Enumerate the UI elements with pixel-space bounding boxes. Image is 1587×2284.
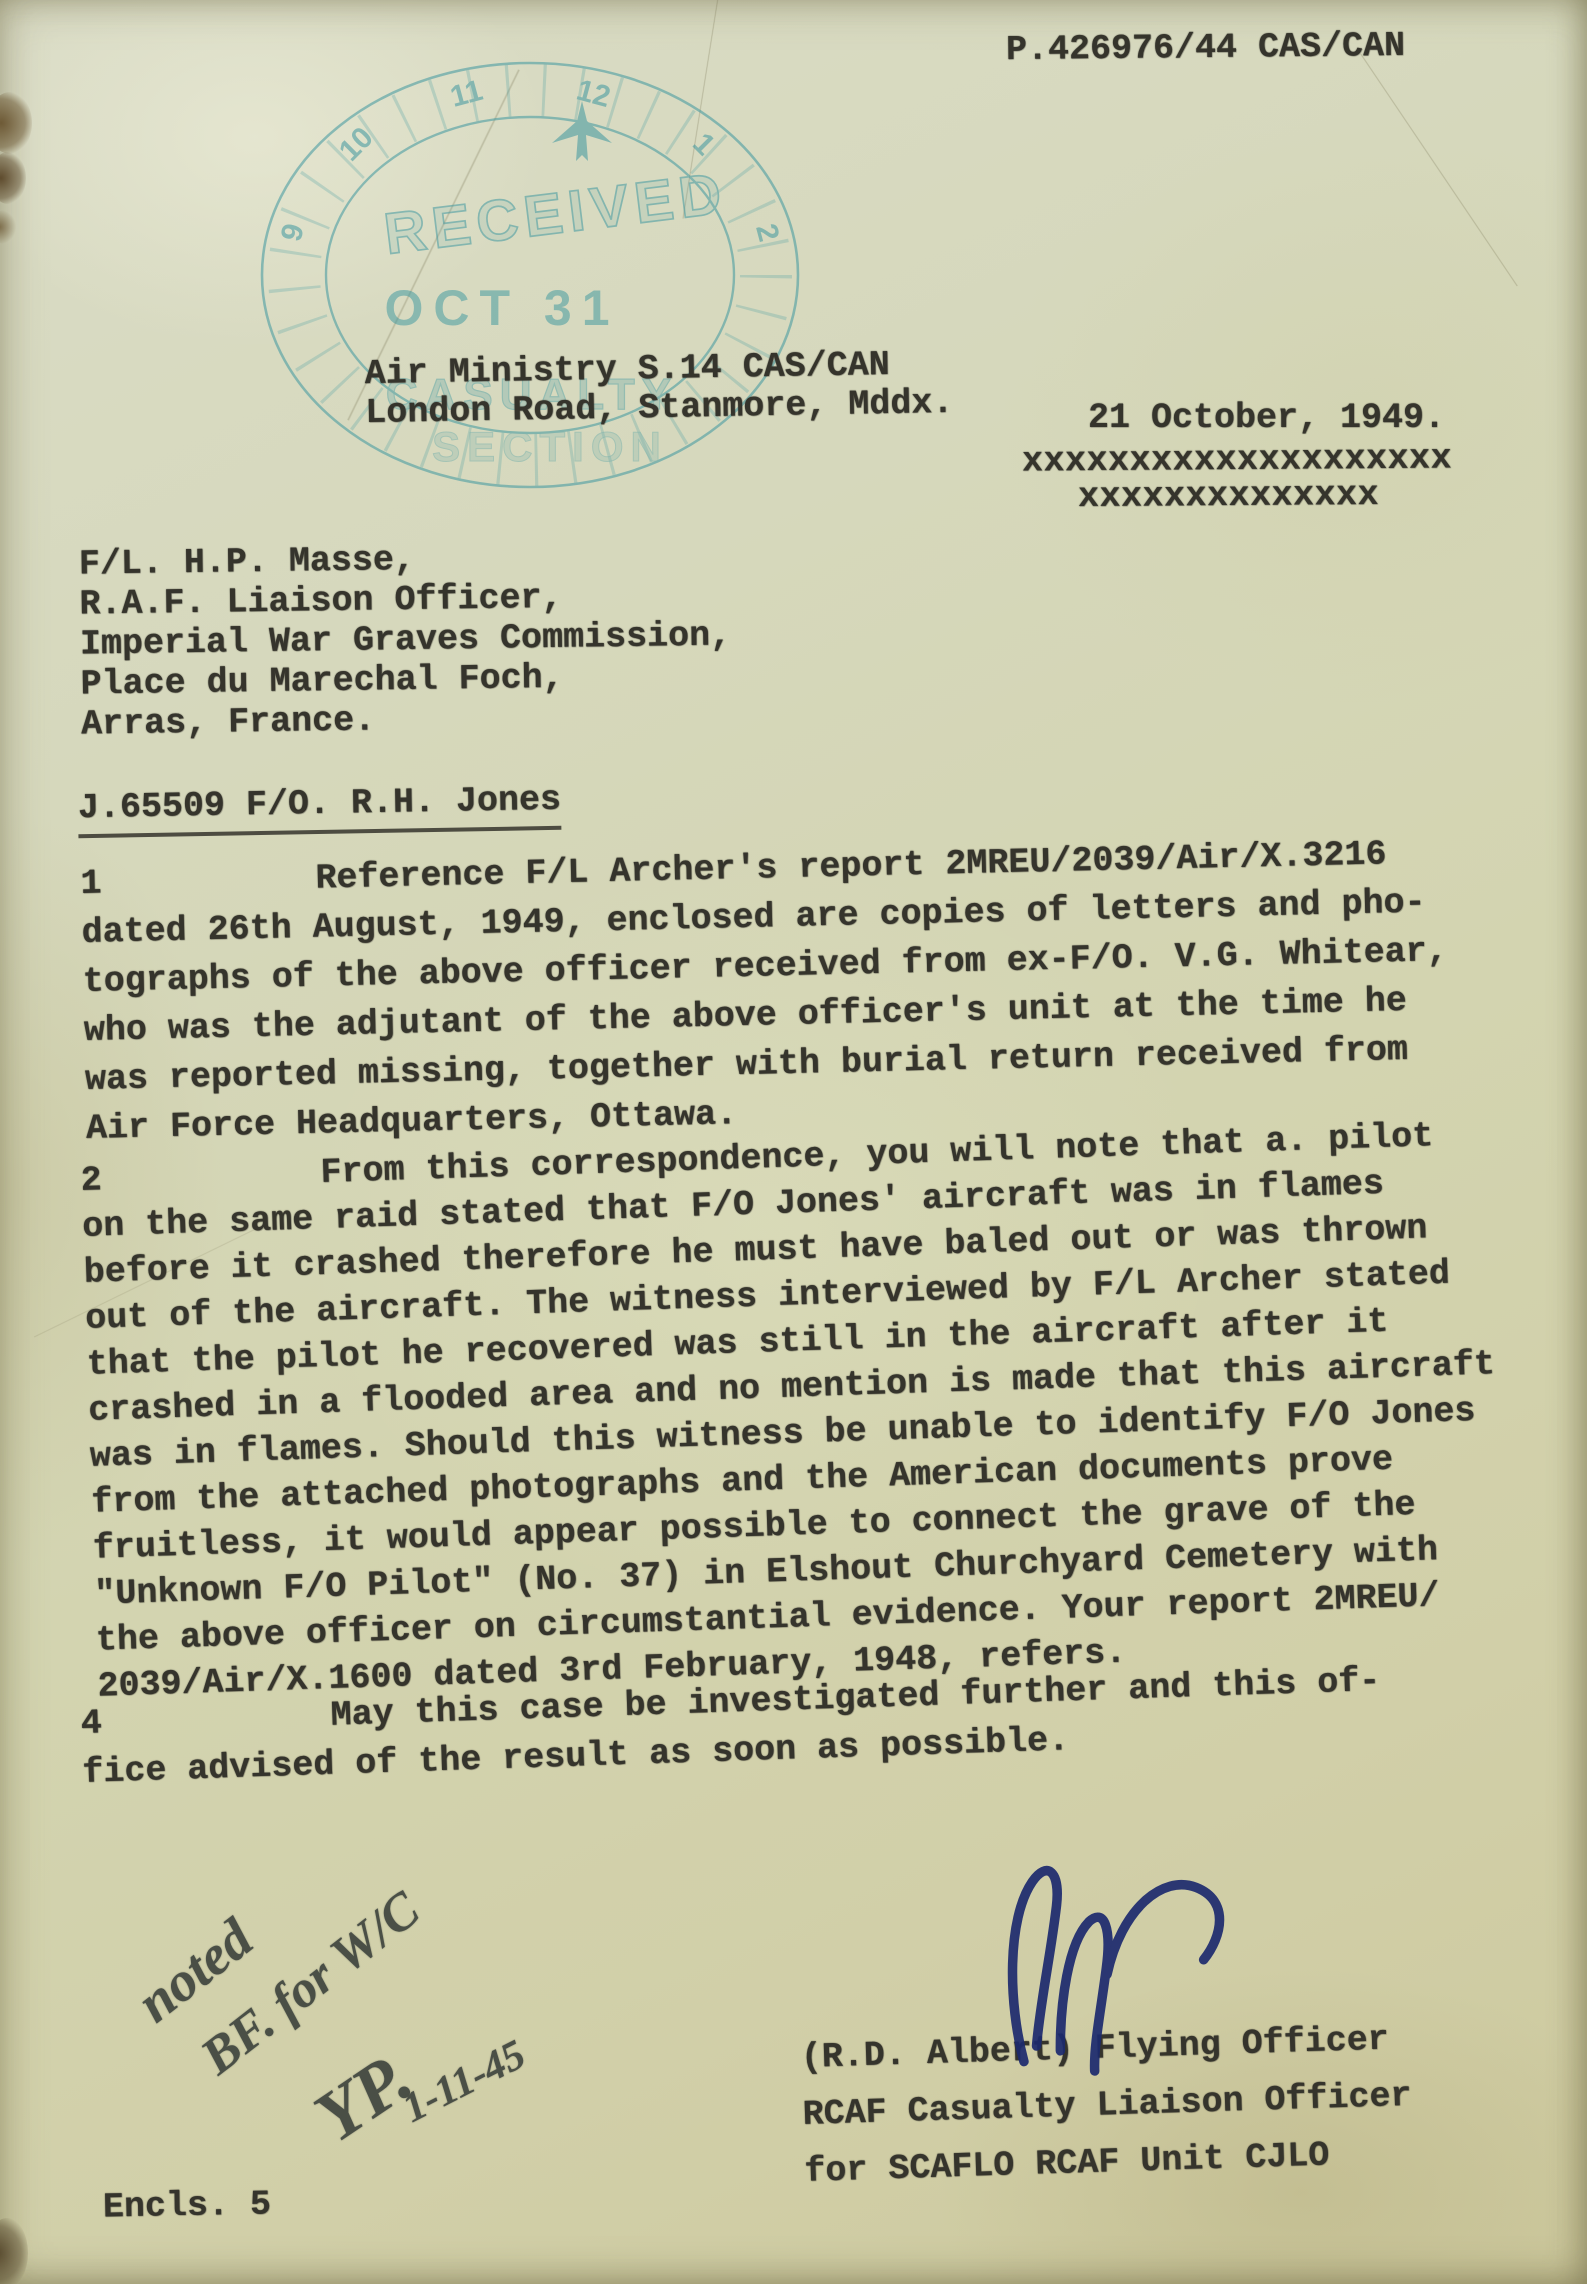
stamp-dial-number: 11 xyxy=(447,74,486,114)
paragraph-1: 1 Reference F/L Archer's report 2MREU/20… xyxy=(80,829,1452,1154)
signature-stroke xyxy=(1107,1882,1221,1978)
paragraph-number: 1 xyxy=(80,860,102,909)
subject-line: J.65509 F/O. R.H. Jones xyxy=(78,780,562,838)
signature-stroke xyxy=(1059,1916,1109,2071)
strikeout-row: xxxxxxxxxxxxxx xyxy=(1078,475,1379,517)
scanned-letter-page: 9 10 11 12 1 2 RECEIVED OCT 31 CASUALTY … xyxy=(0,0,1587,2284)
torn-edge-spot xyxy=(0,210,16,244)
signature-stroke xyxy=(1009,1870,1058,2063)
stamp-date: OCT 31 xyxy=(384,280,619,336)
recipient-line: Arras, France. xyxy=(81,695,733,744)
enclosures-line: Encls. 5 xyxy=(103,2185,272,2228)
recipient-address: F/L. H.P. Masse, R.A.F. Liaison Officer,… xyxy=(79,535,733,744)
stamp-received-label: RECEIVED xyxy=(381,160,731,267)
stamp-dial-number: 9 xyxy=(275,220,311,245)
paragraph-2: 2 From this correspondence, you will not… xyxy=(80,1111,1505,1709)
sender-line2: London Road, Stanmore, Mddx. xyxy=(365,384,954,433)
stamp-dial-number: 10 xyxy=(333,121,380,168)
torn-edge-spot xyxy=(0,152,26,204)
paper-crease xyxy=(1360,53,1518,286)
stamp-dial-number: 12 xyxy=(573,74,614,115)
torn-edge-spot xyxy=(0,2218,28,2284)
received-date-stamp: 9 10 11 12 1 2 RECEIVED OCT 31 CASUALTY … xyxy=(210,25,850,525)
paragraph-number: 2 xyxy=(80,1157,103,1204)
torn-edge-spot xyxy=(0,92,32,154)
reference-number: P.426976/44 CAS/CAN xyxy=(1006,26,1405,70)
paragraph-number: 4 xyxy=(80,1699,103,1749)
ink-signature xyxy=(935,1856,1265,2091)
sender-address: Air Ministry S.14 CAS/CAN London Road, S… xyxy=(364,345,953,433)
handwritten-date: 1-11-45 xyxy=(395,2031,533,2133)
date-line: 21 October, 1949. xyxy=(1088,398,1445,438)
